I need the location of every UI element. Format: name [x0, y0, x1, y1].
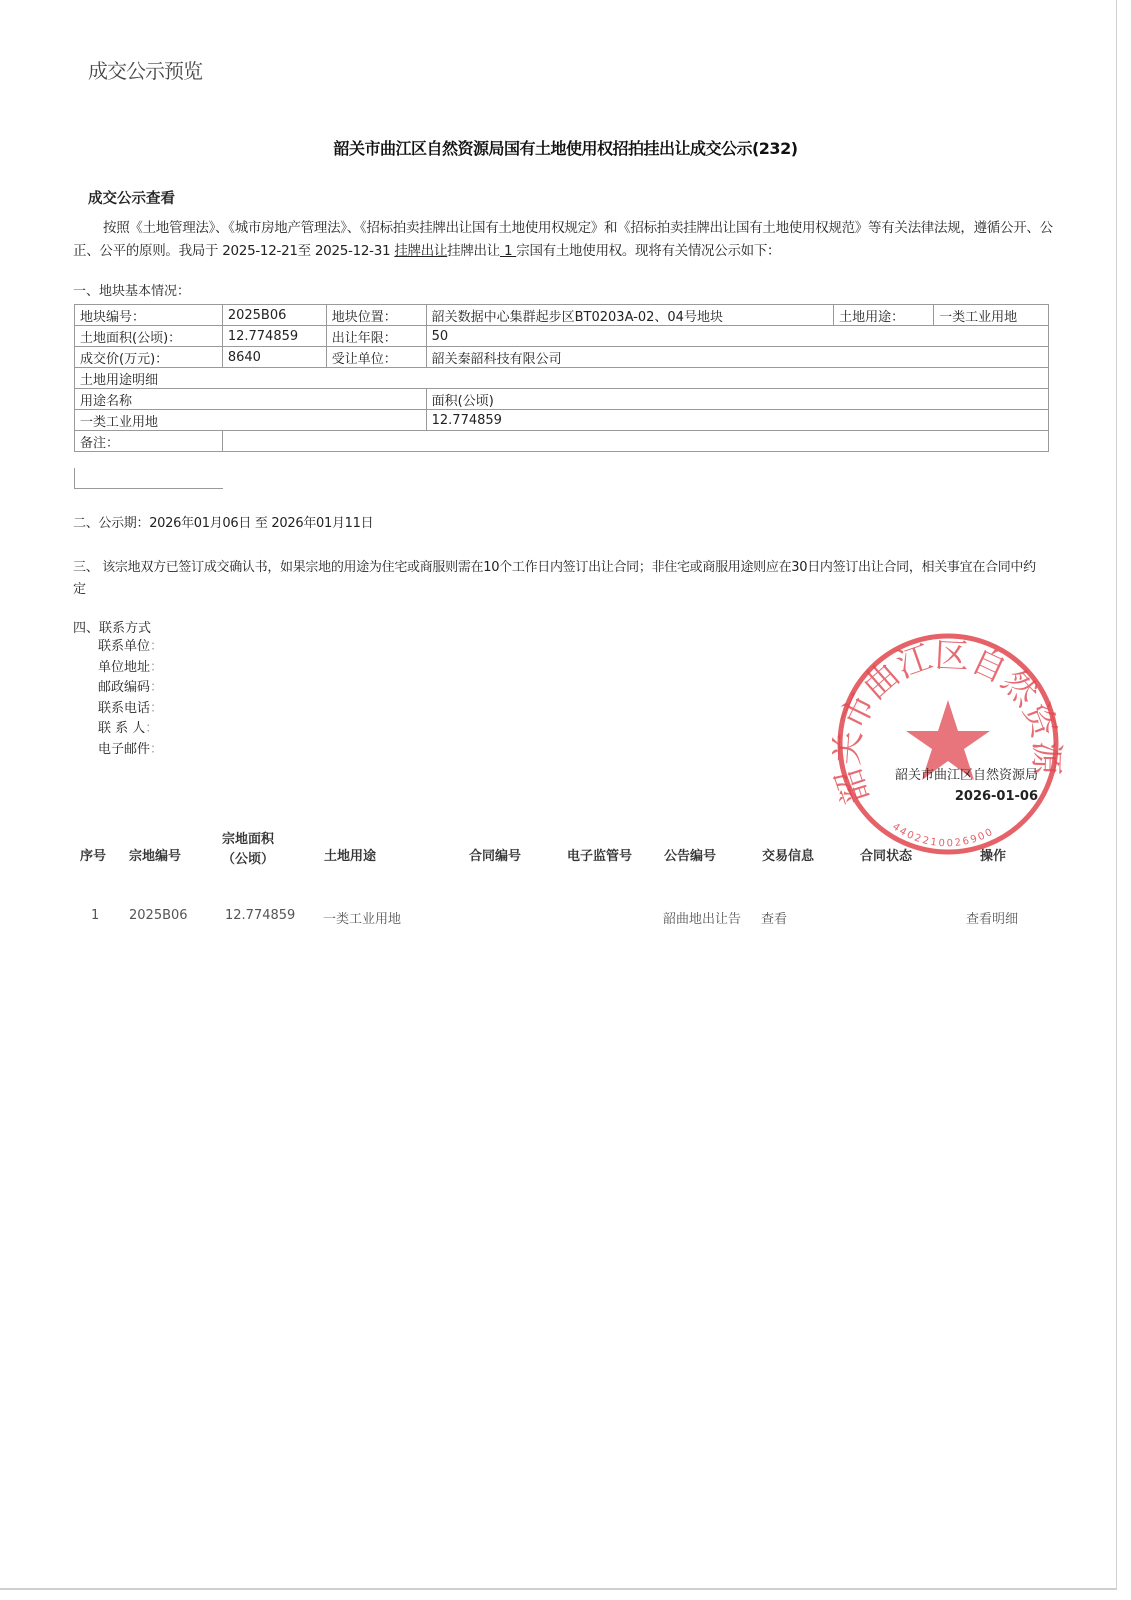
buyer-label: 受让单位：: [326, 347, 426, 368]
remark-value: [222, 431, 1048, 452]
contact-email: 电子邮件：: [98, 740, 163, 761]
remark-label: 备注：: [75, 431, 223, 452]
table-row: 地块编号： 2025B06 地块位置： 韶关数据中心集群起步区BT0203A-0…: [75, 305, 1049, 326]
document-title: 韶关市曲江区自然资源局国有土地使用权招拍挂出让成交公示(232): [0, 136, 1131, 159]
intro-paragraph: 按照《土地管理法》、《城市房地产管理法》、《招标拍卖挂牌出让国有土地使用权规定》…: [73, 217, 1058, 263]
header-trade-info: 交易信息: [762, 845, 814, 864]
price-label: 成交价(万元)：: [75, 347, 223, 368]
contact-unit: 联系单位：: [98, 637, 163, 658]
method-plain: 挂牌出让: [447, 243, 500, 259]
use-name-value: 一类工业用地: [75, 410, 427, 431]
header-use: 土地用途: [324, 845, 376, 864]
use-label: 土地用途：: [834, 305, 934, 326]
table-row: 一类工业用地 12.774859: [75, 410, 1049, 431]
header-action: 操作: [980, 845, 1006, 864]
table-remark-tail: [74, 468, 223, 489]
contact-phone: 联系电话：: [98, 699, 163, 720]
use-area-header: 面积(公顷): [426, 389, 1048, 410]
method-underlined: 挂牌出让: [394, 243, 447, 259]
area-label: 土地面积(公顷)：: [75, 326, 223, 347]
header-e-supervision-no: 电子监管号: [567, 845, 632, 864]
header-notice-no: 公告编号: [664, 845, 716, 864]
buyer-value: 韶关秦韶科技有限公司: [426, 347, 1048, 368]
section1-label: 一、地块基本情况：: [73, 280, 190, 299]
row-seq: 1: [91, 908, 99, 923]
start-date: 2025-12-21: [222, 243, 297, 259]
table-row: 土地用途明细: [75, 368, 1049, 389]
section4-label: 四、联系方式: [73, 617, 151, 636]
use-area-value: 12.774859: [426, 410, 1048, 431]
location-value: 韶关数据中心集群起步区BT0203A-02、04号地块: [426, 305, 834, 326]
row-use: 一类工业用地: [323, 908, 401, 927]
row-area: 12.774859: [225, 908, 295, 923]
view-trade-info-link[interactable]: 查看: [761, 908, 787, 927]
table-row: 用途名称 面积(公顷): [75, 389, 1049, 410]
use-detail-label: 土地用途明细: [75, 368, 1049, 389]
contact-list: 联系单位： 单位地址： 邮政编码： 联系电话： 联 系 人： 电子邮件：: [98, 637, 163, 761]
row-parcel-no: 2025B06: [129, 908, 188, 923]
use-name-header: 用途名称: [75, 389, 427, 410]
table-row: 备注：: [75, 431, 1049, 452]
preview-title: 成交公示预览: [88, 55, 202, 84]
seal-signature: 韶关市曲江区自然资源局 2026-01-06: [895, 765, 1038, 807]
parcel-no-value: 2025B06: [222, 305, 326, 326]
view-details-link[interactable]: 查看明细: [966, 908, 1018, 927]
use-value: 一类工业用地: [934, 305, 1049, 326]
to-label: 至: [298, 243, 315, 259]
header-contract-status: 合同状态: [860, 845, 912, 864]
parcel-info-table: 地块编号： 2025B06 地块位置： 韶关数据中心集群起步区BT0203A-0…: [74, 304, 1049, 452]
contact-person: 联 系 人：: [98, 719, 163, 740]
seal-signature-date: 2026-01-06: [895, 786, 1038, 807]
contact-address: 单位地址：: [98, 658, 163, 679]
contact-postcode: 邮政编码：: [98, 678, 163, 699]
table-row: 土地面积(公顷)： 12.774859 出让年限： 50: [75, 326, 1049, 347]
parcel-no-label: 地块编号：: [75, 305, 223, 326]
header-area: 宗地面积（公顷）: [222, 830, 274, 870]
end-date: 2025-12-31: [315, 243, 390, 259]
section3-contract-notice: 三、 该宗地双方已签订成交确认书，如果宗地的用途为住宅或商服则需在10个工作日内…: [73, 557, 1048, 601]
term-value: 50: [426, 326, 1048, 347]
section2-publicity-period: 二、公示期：2026年01月06日 至 2026年01月11日: [73, 513, 373, 535]
row-notice-no: 韶曲地出让告: [663, 908, 755, 927]
location-label: 地块位置：: [326, 305, 426, 326]
header-parcel-no: 宗地编号: [129, 845, 181, 864]
table-row: 成交价(万元)： 8640 受让单位： 韶关秦韶科技有限公司: [75, 347, 1049, 368]
header-seq: 序号: [80, 845, 106, 864]
intro-tail: 宗国有土地使用权。现将有关情况公示如下：: [516, 243, 780, 259]
parcel-count: 1: [500, 243, 516, 259]
area-value: 12.774859: [222, 326, 326, 347]
term-label: 出让年限：: [326, 326, 426, 347]
price-value: 8640: [222, 347, 326, 368]
section-heading: 成交公示查看: [88, 187, 175, 208]
header-contract-no: 合同编号: [469, 845, 521, 864]
seal-signature-org: 韶关市曲江区自然资源局: [895, 768, 1038, 783]
